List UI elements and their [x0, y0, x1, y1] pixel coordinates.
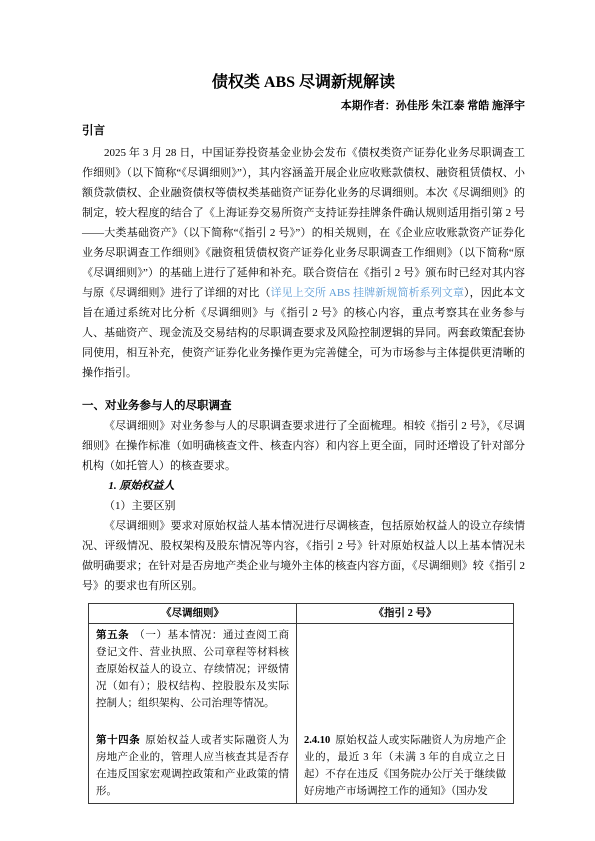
differences-paragraph: 《尽调细则》要求对原始权益人基本情况进行尽调核查，包括原始权益人的设立存续情况、… [82, 516, 525, 596]
comparison-table-body: 第五条（一）基本情况：通过查阅工商登记文件、营业执照、公司章程等材料核查原始权益… [89, 624, 513, 803]
intro-paragraph: 2025 年 3 月 28 日，中国证券投资基金业协会发布《债权类资产证券化业务… [82, 143, 525, 383]
clause-number: 2.4.10 [304, 735, 330, 746]
clause-text: （一）基本情况：通过查阅工商登记文件、营业执照、公司章程等材料核查原始权益人的设… [96, 630, 289, 709]
clause-number: 第五条 [96, 630, 129, 641]
comparison-table-header-row: 《尽调细则》 《指引 2 号》 [89, 604, 513, 624]
subsection-heading-original-obligor: 1. 原始权益人 [82, 476, 525, 496]
comparison-table: 《尽调细则》 《指引 2 号》 第五条（一）基本情况：通过查阅工商登记文件、营业… [88, 603, 514, 804]
intro-heading: 引言 [82, 123, 525, 139]
byline: 本期作者：孙佳彤 朱江泰 常皓 施泽宇 [82, 98, 525, 114]
table-cell-clause-14: 第十四条原始权益人或者实际融资人为房地产企业的，管理人应当核查其是否存在违反国家… [89, 729, 297, 803]
table-cell-clause-5: 第五条（一）基本情况：通过查阅工商登记文件、营业执照、公司章程等材料核查原始权益… [89, 624, 297, 729]
clause-number: 第十四条 [96, 735, 140, 746]
section-heading-participants: 一、对业务参与人的尽职调查 [82, 396, 525, 416]
document-page: 债权类 ABS 尽调新规解读 本期作者：孙佳彤 朱江泰 常皓 施泽宇 引言 20… [0, 0, 595, 841]
table-header-jindiao-xize: 《尽调细则》 [89, 604, 297, 623]
table-header-zhiyin-2: 《指引 2 号》 [297, 604, 513, 623]
clause-text: 原始权益人或实际融资人为房地产企业的，最近 3 年（未满 3 年的自成立之日起）… [304, 735, 506, 797]
document-content: 债权类 ABS 尽调新规解读 本期作者：孙佳彤 朱江泰 常皓 施泽宇 引言 20… [0, 0, 595, 804]
intro-paragraph-text-1: 2025 年 3 月 28 日，中国证券投资基金业协会发布《债权类资产证券化业务… [82, 147, 525, 299]
abs-series-article-link[interactable]: 详见上交所 ABS 挂牌新规简析系列文章 [271, 287, 464, 299]
doc-title: 债权类 ABS 尽调新规解读 [82, 72, 525, 94]
table-cell-empty [297, 624, 513, 729]
section-paragraph: 《尽调细则》对业务参与人的尽职调查要求进行了全面梳理。相较《指引 2 号》，《尽… [82, 416, 525, 476]
list-item-main-differences: （1）主要区别 [82, 496, 525, 516]
table-cell-guideline-2-4-10: 2.4.10原始权益人或实际融资人为房地产企业的，最近 3 年（未满 3 年的自… [297, 729, 513, 803]
intro-paragraph-text-2: ），因此本文旨在通过系统对比分析《尽调细则》与《指引 2 号》的核心内容，重点考… [82, 287, 525, 379]
